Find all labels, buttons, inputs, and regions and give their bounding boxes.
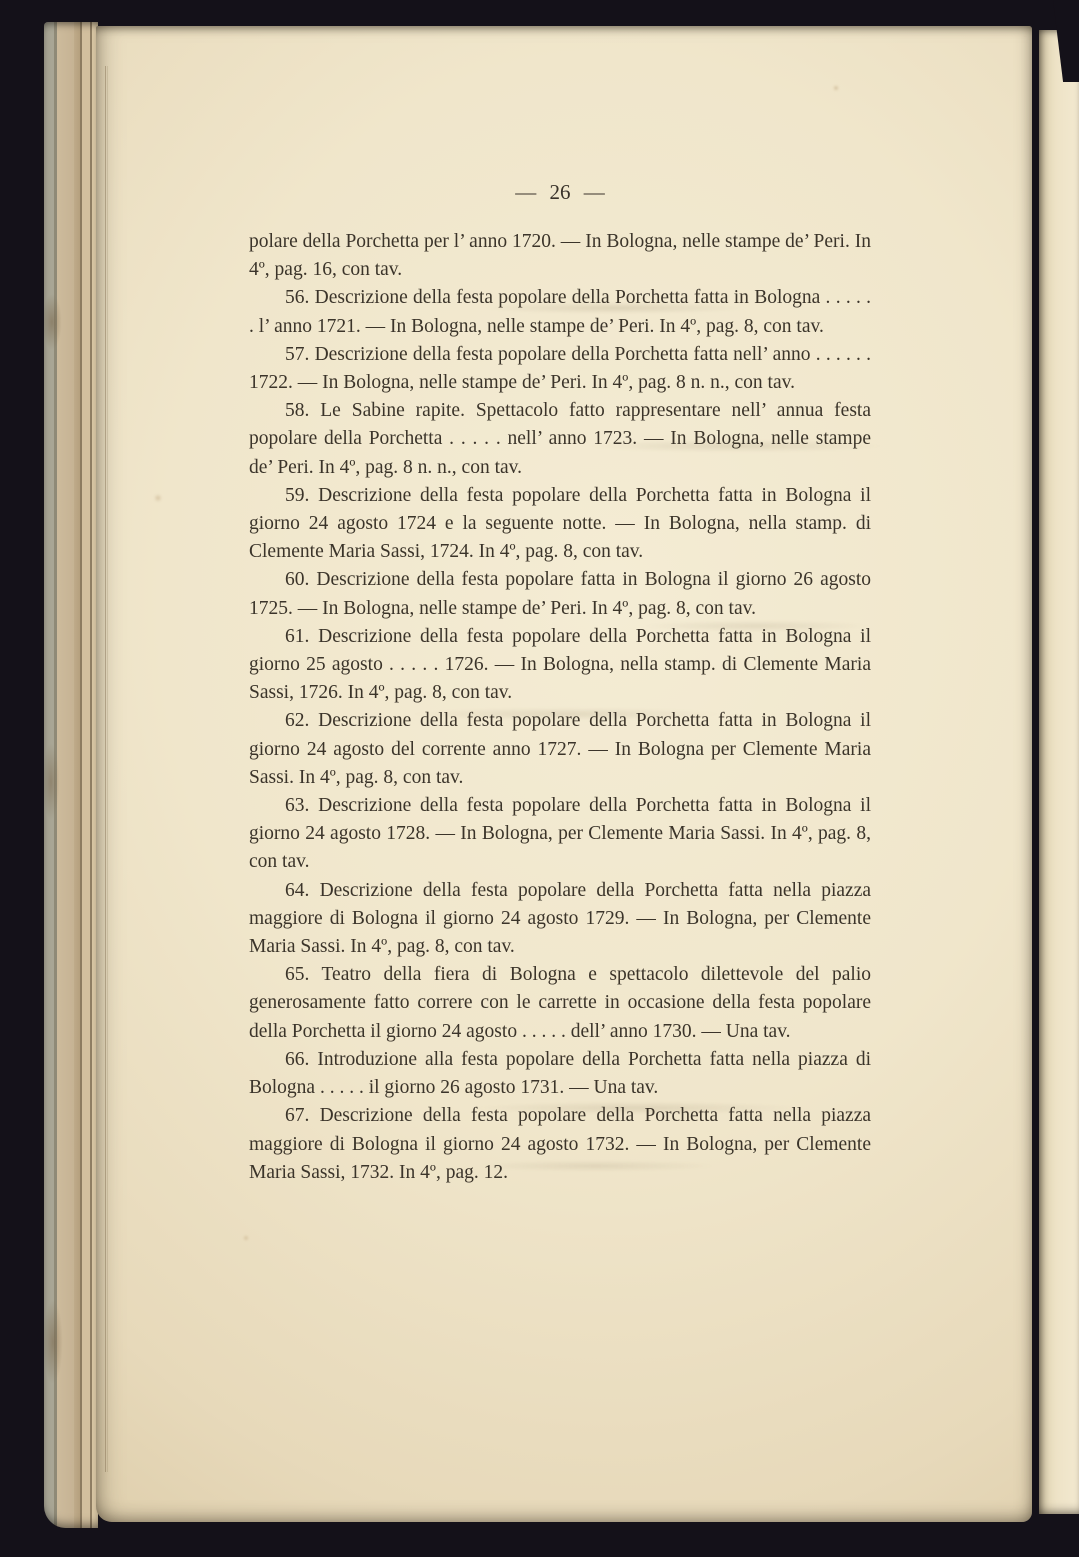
paragraph-continuation: polare della Porchetta per l’ anno 1720.… bbox=[249, 228, 871, 284]
page-stack-edge bbox=[44, 22, 98, 1528]
paragraph-entry-57: 57. Descrizione della festa popolare del… bbox=[249, 341, 871, 397]
paragraph-entry-65: 65. Teatro della fiera di Bologna e spet… bbox=[249, 961, 871, 1046]
paragraph-entry-60: 60. Descrizione della festa popolare fat… bbox=[249, 566, 871, 622]
paragraph-entry-67: 67. Descrizione della festa popolare del… bbox=[249, 1102, 871, 1187]
paragraph-entry-66: 66. Introduzione alla festa popolare del… bbox=[249, 1046, 871, 1102]
paragraph-entry-64: 64. Descrizione della festa popolare del… bbox=[249, 877, 871, 962]
paragraph-entry-59: 59. Descrizione della festa popolare del… bbox=[249, 482, 871, 567]
paragraph-entry-61: 61. Descrizione della festa popolare del… bbox=[249, 623, 871, 708]
paragraph-entry-58: 58. Le Sabine rapite. Spettacolo fatto r… bbox=[249, 397, 871, 482]
paragraph-entry-62: 62. Descrizione della festa popolare del… bbox=[249, 707, 871, 792]
paragraph-entry-56: 56. Descrizione della festa popolare del… bbox=[249, 284, 871, 340]
paragraph-entry-63: 63. Descrizione della festa popolare del… bbox=[249, 792, 871, 877]
book-scan: — 26 — polare della Porchetta per l’ ann… bbox=[0, 0, 1079, 1557]
page-number: — 26 — bbox=[249, 180, 871, 205]
adjacent-page-edge bbox=[1039, 30, 1079, 1514]
text-block: polare della Porchetta per l’ anno 1720.… bbox=[249, 228, 871, 1187]
